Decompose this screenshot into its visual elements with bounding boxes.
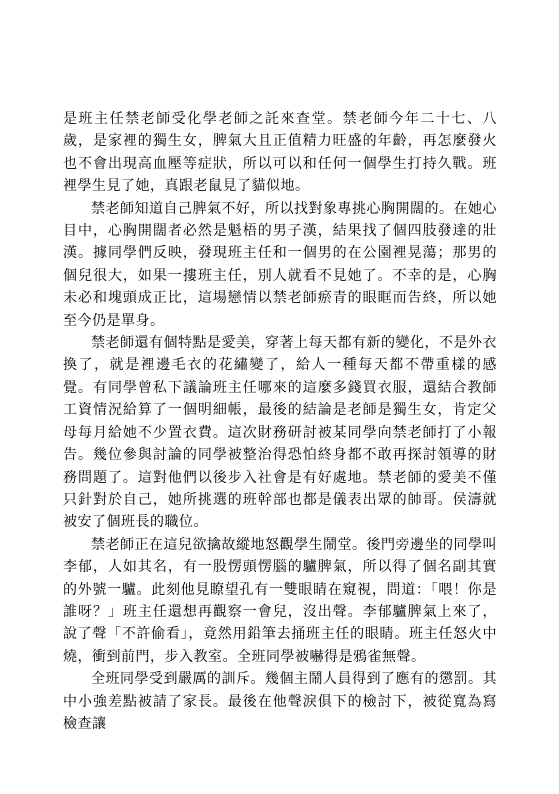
paragraph-3: 禁老師還有個特點是愛美，穿著上每天都有新的變化，不是外衣換了，就是裡邊毛衣的花繡… <box>63 333 497 535</box>
paragraph-2: 禁老師知道自己脾氣不好，所以找對象專挑心胸開闊的。在她心目中，心胸開闊者必然是魁… <box>63 199 497 333</box>
paragraph-1: 是班主任禁老師受化學老師之託來查堂。禁老師今年二十七、八歲，是家裡的獨生女，脾氣… <box>63 109 497 199</box>
text-block: 是班主任禁老師受化學老師之託來查堂。禁老師今年二十七、八歲，是家裡的獨生女，脾氣… <box>63 109 497 736</box>
document-page: 是班主任禁老師受化學老師之託來查堂。禁老師今年二十七、八歲，是家裡的獨生女，脾氣… <box>0 0 559 794</box>
paragraph-5: 全班同學受到嚴厲的訓斥。幾個主鬧人員得到了應有的懲罰。其中小強差點被請了家長。最… <box>63 669 497 736</box>
paragraph-4: 禁老師正在這兒欲擒故縱地怒觀學生鬧堂。後門旁邊坐的同學叫李郁，人如其名，有一股愣… <box>63 535 497 669</box>
